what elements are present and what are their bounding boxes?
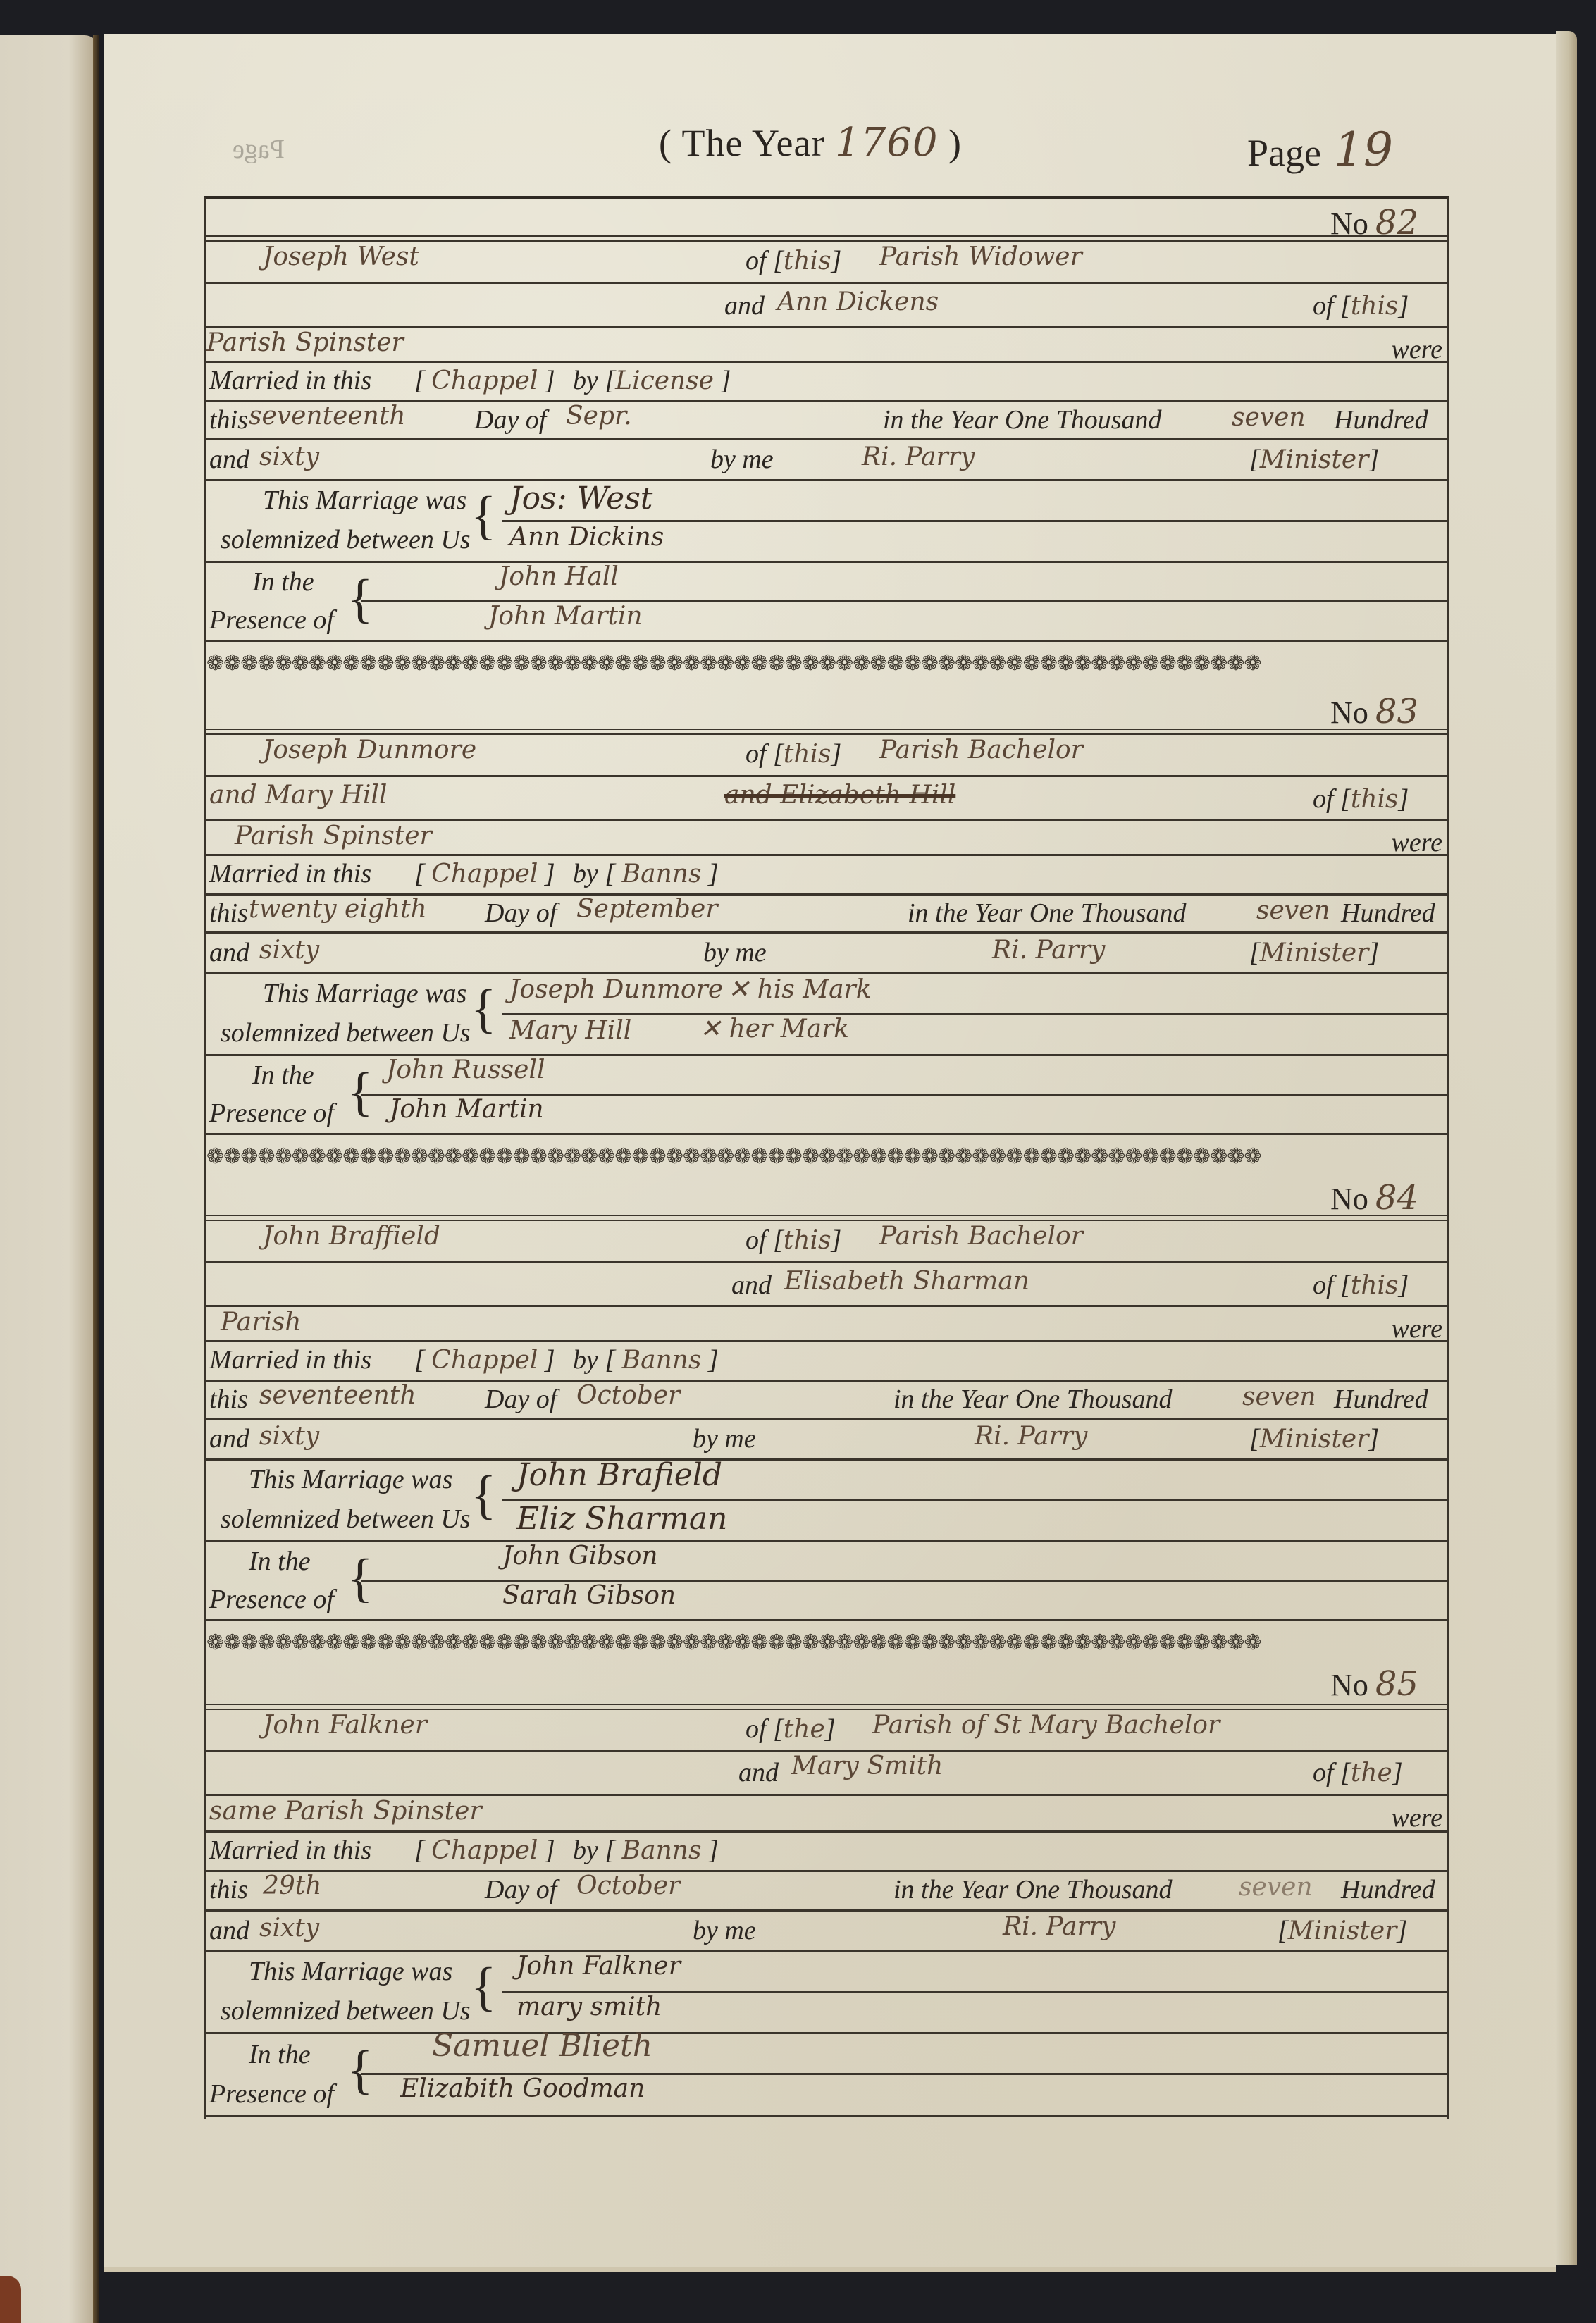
minister-line: and sixty by me Ri. Parry [Minister] [206,934,1447,974]
bride-line: and Mary Hill and Elizabeth Hill of [thi… [206,778,1447,817]
bride-name: Elisabeth Sharman [784,1267,1029,1296]
bride-signature: Eliz Sharman [516,1501,727,1537]
bride-signature: Ann Dickins [509,523,664,552]
place-line: Married in this [ Chappel ] by [ Banns ] [206,855,1447,895]
groom-signature: John Brafield [516,1457,722,1493]
minister-signature: Ri. Parry [992,936,1105,965]
marriage-method: Banns [622,1346,702,1375]
groom-signature: Jos: West [509,481,652,516]
witness-2: John Martin [390,1095,544,1124]
bride-line: and Ann Dickens of [this] [206,285,1447,324]
witness-1-line: In the John Hall [206,562,1447,602]
place-line: Married in this [ Chappel ] by [ Banns ] [206,1342,1447,1381]
marriage-method: Banns [622,860,702,888]
minister-title: Minister [1260,1425,1369,1454]
witness-2: Elizabith Goodman [400,2074,645,2103]
month: October [576,1871,680,1900]
bride-status: same Parish Spinster [209,1797,482,1826]
witness-1: Samuel Blieth [432,2028,652,2064]
minister-signature: Ri. Parry [862,442,975,471]
groom-line: Joseph Dunmore of [this] Parish Bachelor [206,736,1447,775]
book-spine-gutter [93,35,99,2323]
ornamental-divider: ❁❁❁❁❁❁❁❁❁❁❁❁❁❁❁❁❁❁❁❁❁❁❁❁❁❁❁❁❁❁❁❁❁❁❁❁❁❁❁❁… [206,1143,1447,1171]
place-line: Married in this [ Chappel ] by [License … [206,362,1447,402]
signature-groom-line: This Marriage was Jos: West [206,481,1447,520]
page-fore-edge [1556,31,1577,2265]
year-value: 1760 [835,120,939,166]
bride-signature: Mary Hill [509,1016,631,1045]
date-line: this seventeenth Day of October in the Y… [206,1381,1447,1420]
place: Chappel [431,860,538,888]
signature-groom-line: This Marriage was John Brafield [206,1460,1447,1499]
day: 29th [263,1871,321,1900]
struck-out-bride-name: and Elizabeth Hill [724,781,955,810]
signature-bride-line: solemnized between Us Mary Hill ✕ her Ma… [206,1015,1447,1054]
place-line: Married in this [ Chappel ] by [ Banns ] [206,1832,1447,1871]
entry-number: No83 [1330,692,1418,731]
page-number: Page19 [1247,123,1393,177]
bride-status: Parish [221,1308,301,1337]
witness-2-line: Presence of John Martin [206,602,1447,641]
marriage-method: Banns [622,1836,702,1865]
place: Chappel [431,1346,538,1375]
bride-line: and Elisabeth Sharman of [this] [206,1264,1447,1303]
witness-2-line: Presence of Sarah Gibson [206,1581,1447,1621]
witness-2: Sarah Gibson [502,1581,676,1610]
bride-mark: ✕ her Mark [700,1015,849,1043]
signature-groom-line: This Marriage was John Falkner [206,1952,1447,1991]
witness-1: John Hall [499,562,619,591]
signature-groom-line: This Marriage was Joseph Dunmore ✕ his M… [206,974,1447,1013]
place: Chappel [431,366,538,395]
groom-line: John Falkner of [the] Parish of St Mary … [206,1711,1447,1750]
witness-1: John Russell [386,1055,545,1084]
groom-signature: John Falkner [516,1952,681,1981]
groom-status: Parish of St Mary Bachelor [872,1711,1220,1740]
entry-number: No84 [1330,1178,1418,1218]
minister-signature: Ri. Parry [1003,1912,1115,1941]
bride-status: Parish Spinster [206,328,404,357]
book-cover-corner [0,2276,21,2323]
year-title: ( The Year 1760 ) [659,120,962,166]
marriage-method: License [615,366,714,395]
month: Sepr. [566,402,632,430]
page-number-value: 19 [1334,123,1393,177]
minister-line: and sixty by me Ri. Parry [Minister] [206,1420,1447,1460]
bride-name: and Mary Hill [209,781,387,810]
bride-status: Parish Spinster [235,822,432,850]
groom-name: Joseph West [263,242,419,271]
witness-2: John Martin [488,602,643,631]
minister-line: and sixty by me Ri. Parry [Minister] [206,441,1447,481]
signature-bride-line: solemnized between Us Ann Dickins [206,521,1447,561]
bride-name: Mary Smith [791,1752,943,1780]
groom-status: Parish Bachelor [879,1222,1083,1251]
date-line: this twenty eighth Day of September in t… [206,895,1447,934]
witness-1-line: In the Samuel Blieth [206,2033,1447,2073]
date-line: this 29th Day of October in the Year One… [206,1871,1447,1911]
place: Chappel [431,1836,538,1865]
marriage-register-table: No82 Joseph West of [this] Parish Widowe… [204,196,1449,2119]
minister-title: Minister [1288,1916,1397,1945]
bride-name: Ann Dickens [777,287,939,316]
groom-name: Joseph Dunmore [263,736,476,764]
facing-left-page [0,35,99,2323]
witness-1: John Gibson [502,1542,658,1571]
witness-2-line: Presence of Elizabith Goodman [206,2074,1447,2114]
day: seventeenth [259,1381,416,1410]
bride-line: and Mary Smith of [the] [206,1752,1447,1791]
ornamental-divider: ❁❁❁❁❁❁❁❁❁❁❁❁❁❁❁❁❁❁❁❁❁❁❁❁❁❁❁❁❁❁❁❁❁❁❁❁❁❁❁❁… [206,1629,1447,1657]
groom-line: Joseph West of [this] Parish Widower [206,242,1447,282]
witness-2-line: Presence of John Martin [206,1095,1447,1134]
groom-signature: Joseph Dunmore [509,975,723,1004]
minister-title: Minister [1260,445,1369,474]
groom-status: Parish Bachelor [879,736,1083,764]
groom-name: John Falkner [263,1711,427,1740]
groom-name: John Braffield [263,1222,440,1251]
witness-1-line: In the John Russell [206,1055,1447,1095]
signature-bride-line: solemnized between Us mary smith [206,1993,1447,2032]
bleed-through-text: Page [233,134,285,165]
ornamental-divider: ❁❁❁❁❁❁❁❁❁❁❁❁❁❁❁❁❁❁❁❁❁❁❁❁❁❁❁❁❁❁❁❁❁❁❁❁❁❁❁❁… [206,650,1447,678]
signature-bride-line: solemnized between Us Eliz Sharman [206,1501,1447,1540]
month: October [576,1381,680,1410]
groom-line: John Braffield of [this] Parish Bachelor [206,1222,1447,1261]
date-line: this seventeenth Day of Sepr. in the Yea… [206,402,1447,441]
bride-signature: mary smith [516,1993,662,2021]
witness-1-line: In the John Gibson [206,1542,1447,1581]
minister-signature: Ri. Parry [975,1422,1087,1451]
day: twenty eighth [249,895,427,924]
month: September [576,895,717,924]
entry-number: No85 [1330,1664,1418,1704]
minister-title: Minister [1260,939,1369,967]
day: seventeenth [249,402,406,430]
groom-status: Parish Widower [879,242,1082,271]
groom-mark: ✕ his Mark [728,975,872,1004]
minister-line: and sixty by me Ri. Parry [Minister] [206,1912,1447,1952]
